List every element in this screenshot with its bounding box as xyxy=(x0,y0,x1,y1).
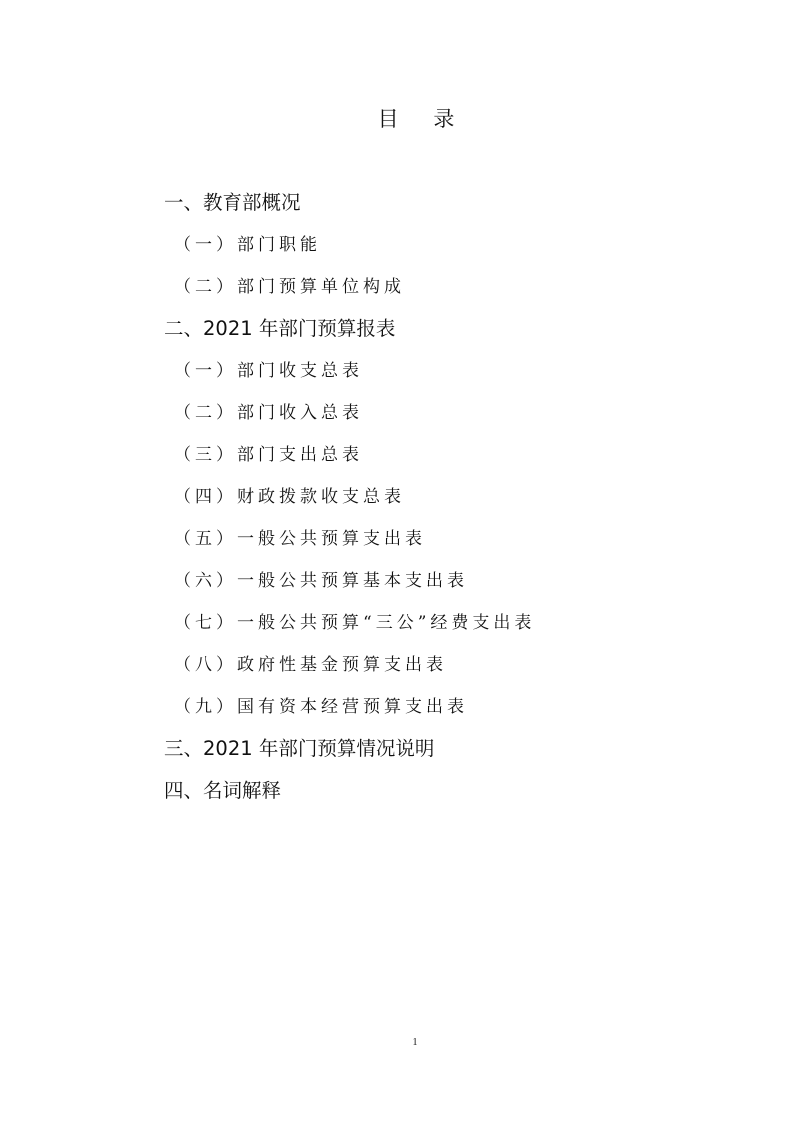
toc-section-budget-explanation[interactable]: 三、2021 年部门预算情况说明 xyxy=(164,734,535,776)
toc-item-government-fund-expenditure[interactable]: （八）政府性基金预算支出表 xyxy=(164,650,535,692)
toc-item-fiscal-appropriation-summary[interactable]: （四）财政拨款收支总表 xyxy=(164,482,535,524)
toc-section-overview[interactable]: 一、教育部概况 xyxy=(164,188,535,230)
toc-item-state-capital-expenditure[interactable]: （九）国有资本经营预算支出表 xyxy=(164,692,535,734)
table-of-contents: 一、教育部概况 （一）部门职能 （二）部门预算单位构成 二、2021 年部门预算… xyxy=(164,188,535,818)
toc-item-general-public-basic-expenditure[interactable]: （六）一般公共预算基本支出表 xyxy=(164,566,535,608)
page-number: 1 xyxy=(0,1037,800,1048)
toc-item-revenue-summary[interactable]: （二）部门收入总表 xyxy=(164,398,535,440)
toc-item-revenue-expenditure-summary[interactable]: （一）部门收支总表 xyxy=(164,356,535,398)
toc-item-expenditure-summary[interactable]: （三）部门支出总表 xyxy=(164,440,535,482)
toc-item-budget-units[interactable]: （二）部门预算单位构成 xyxy=(164,272,535,314)
page-title: 目 录 xyxy=(0,103,800,133)
toc-item-department-functions[interactable]: （一）部门职能 xyxy=(164,230,535,272)
toc-item-three-public-expenses[interactable]: （七）一般公共预算“三公”经费支出表 xyxy=(164,608,535,650)
toc-section-budget-reports[interactable]: 二、2021 年部门预算报表 xyxy=(164,314,535,356)
toc-section-glossary[interactable]: 四、名词解释 xyxy=(164,776,535,818)
toc-item-general-public-budget-expenditure[interactable]: （五）一般公共预算支出表 xyxy=(164,524,535,566)
